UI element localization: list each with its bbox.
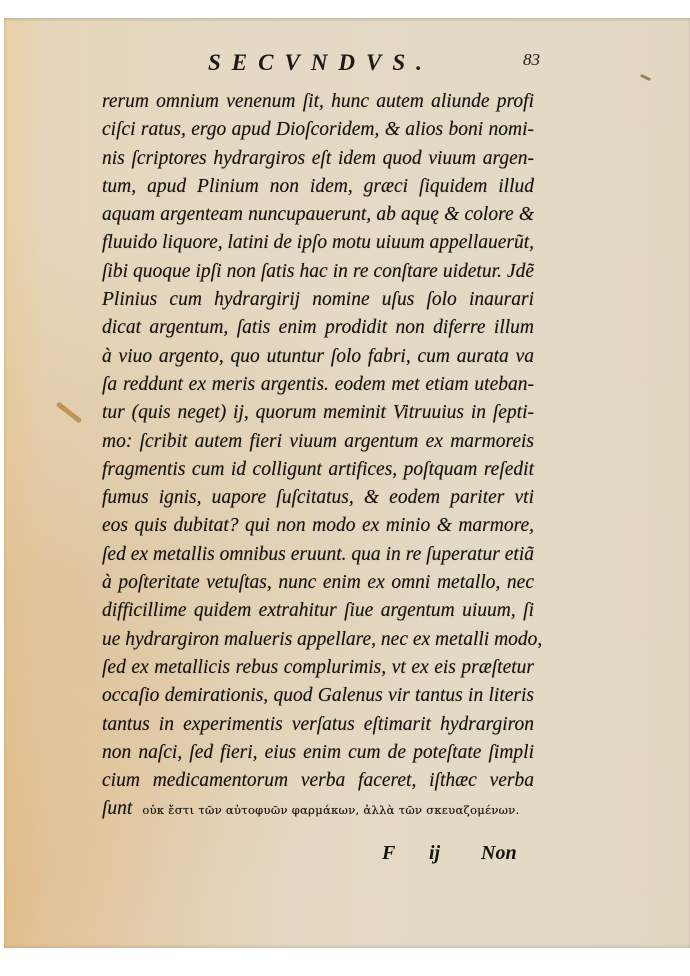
text-line: eos quis dubitat? qui non modo ex minio … xyxy=(102,512,534,540)
book-page: SECVNDVS. 83 rerum omnium venenum ſit, h… xyxy=(4,18,690,948)
text-line: rerum omnium venenum ſit, hunc autem ali… xyxy=(102,88,534,116)
signature-mark: F xyxy=(382,842,395,865)
text-line: cium medicamentorum verba faceret, iſthæ… xyxy=(102,767,534,795)
text-line: ciſci ratus, ergo apud Dioſcoridem, & al… xyxy=(102,116,534,144)
text-line: fragmentis cum id colligunt artifices, p… xyxy=(102,456,534,484)
text-line-greek-quote: ſuntοὐκ ἔστι τῶν αὐτοφυῶν φαρμάκων, ἀλλὰ… xyxy=(102,795,534,823)
text-line: tum, apud Plinium non idem, græci ſiquid… xyxy=(102,173,534,201)
text-line: difficillime quidem extrahitur ſiue arge… xyxy=(102,597,534,625)
greek-quotation: οὐκ ἔστι τῶν αὐτοφυῶν φαρμάκων, ἀλλὰ τῶν… xyxy=(142,803,519,817)
page-number: 83 xyxy=(523,50,540,70)
text-line: mo: ſcribit autem fieri viuum argentum e… xyxy=(102,428,534,456)
text-line: dicat argentum, ſatis enim prodidit non … xyxy=(102,314,534,342)
margin-stain-mark xyxy=(56,401,83,423)
text-line: ſed ex metallicis rebus complurimis, vt … xyxy=(102,654,534,682)
text-line: ſed ex metallis omnibus eruunt. qua in r… xyxy=(102,541,534,569)
text-line: occaſio demirationis, quod Galenus vir t… xyxy=(102,682,534,710)
signature-number: ij xyxy=(429,842,440,865)
text-line: Plinius cum hydrargirij nomine uſus ſolo… xyxy=(102,286,534,314)
text-line: tur (quis neget) ij, quorum meminit Vitr… xyxy=(102,399,534,427)
text-line: à viuo argento, quo utuntur ſolo fabri, … xyxy=(102,343,534,371)
text-line: ſa reddunt ex meris argentis. eodem met … xyxy=(102,371,534,399)
text-line: aquam argenteam nuncupauerunt, ab aquę &… xyxy=(102,201,534,229)
text-line: non naſci, ſed fieri, eius enim cum de p… xyxy=(102,739,534,767)
text-line: fumus ignis, uapore ſuſcitatus, & eodem … xyxy=(102,484,534,512)
running-head: SECVNDVS. xyxy=(208,50,433,76)
text-line: tantus in experimentis verſatus eſtimari… xyxy=(102,711,534,739)
text-line: ue hydrargiron malueris appellare, nec e… xyxy=(102,626,534,654)
text-line: fluuido liquore, latini de ipſo motu uiu… xyxy=(102,229,534,257)
latin-word: ſunt xyxy=(102,798,132,819)
catchword: Non xyxy=(481,842,517,865)
text-line: à poſteritate vetuſtas, nunc enim ex omn… xyxy=(102,569,534,597)
text-line: nis ſcriptores hydrargiros eſt idem quod… xyxy=(102,145,534,173)
corner-stain-mark xyxy=(640,74,651,81)
body-text: rerum omnium venenum ſit, hunc autem ali… xyxy=(102,88,534,824)
text-line: ſibi quoque ipſi non ſatis hac in re con… xyxy=(102,258,534,286)
